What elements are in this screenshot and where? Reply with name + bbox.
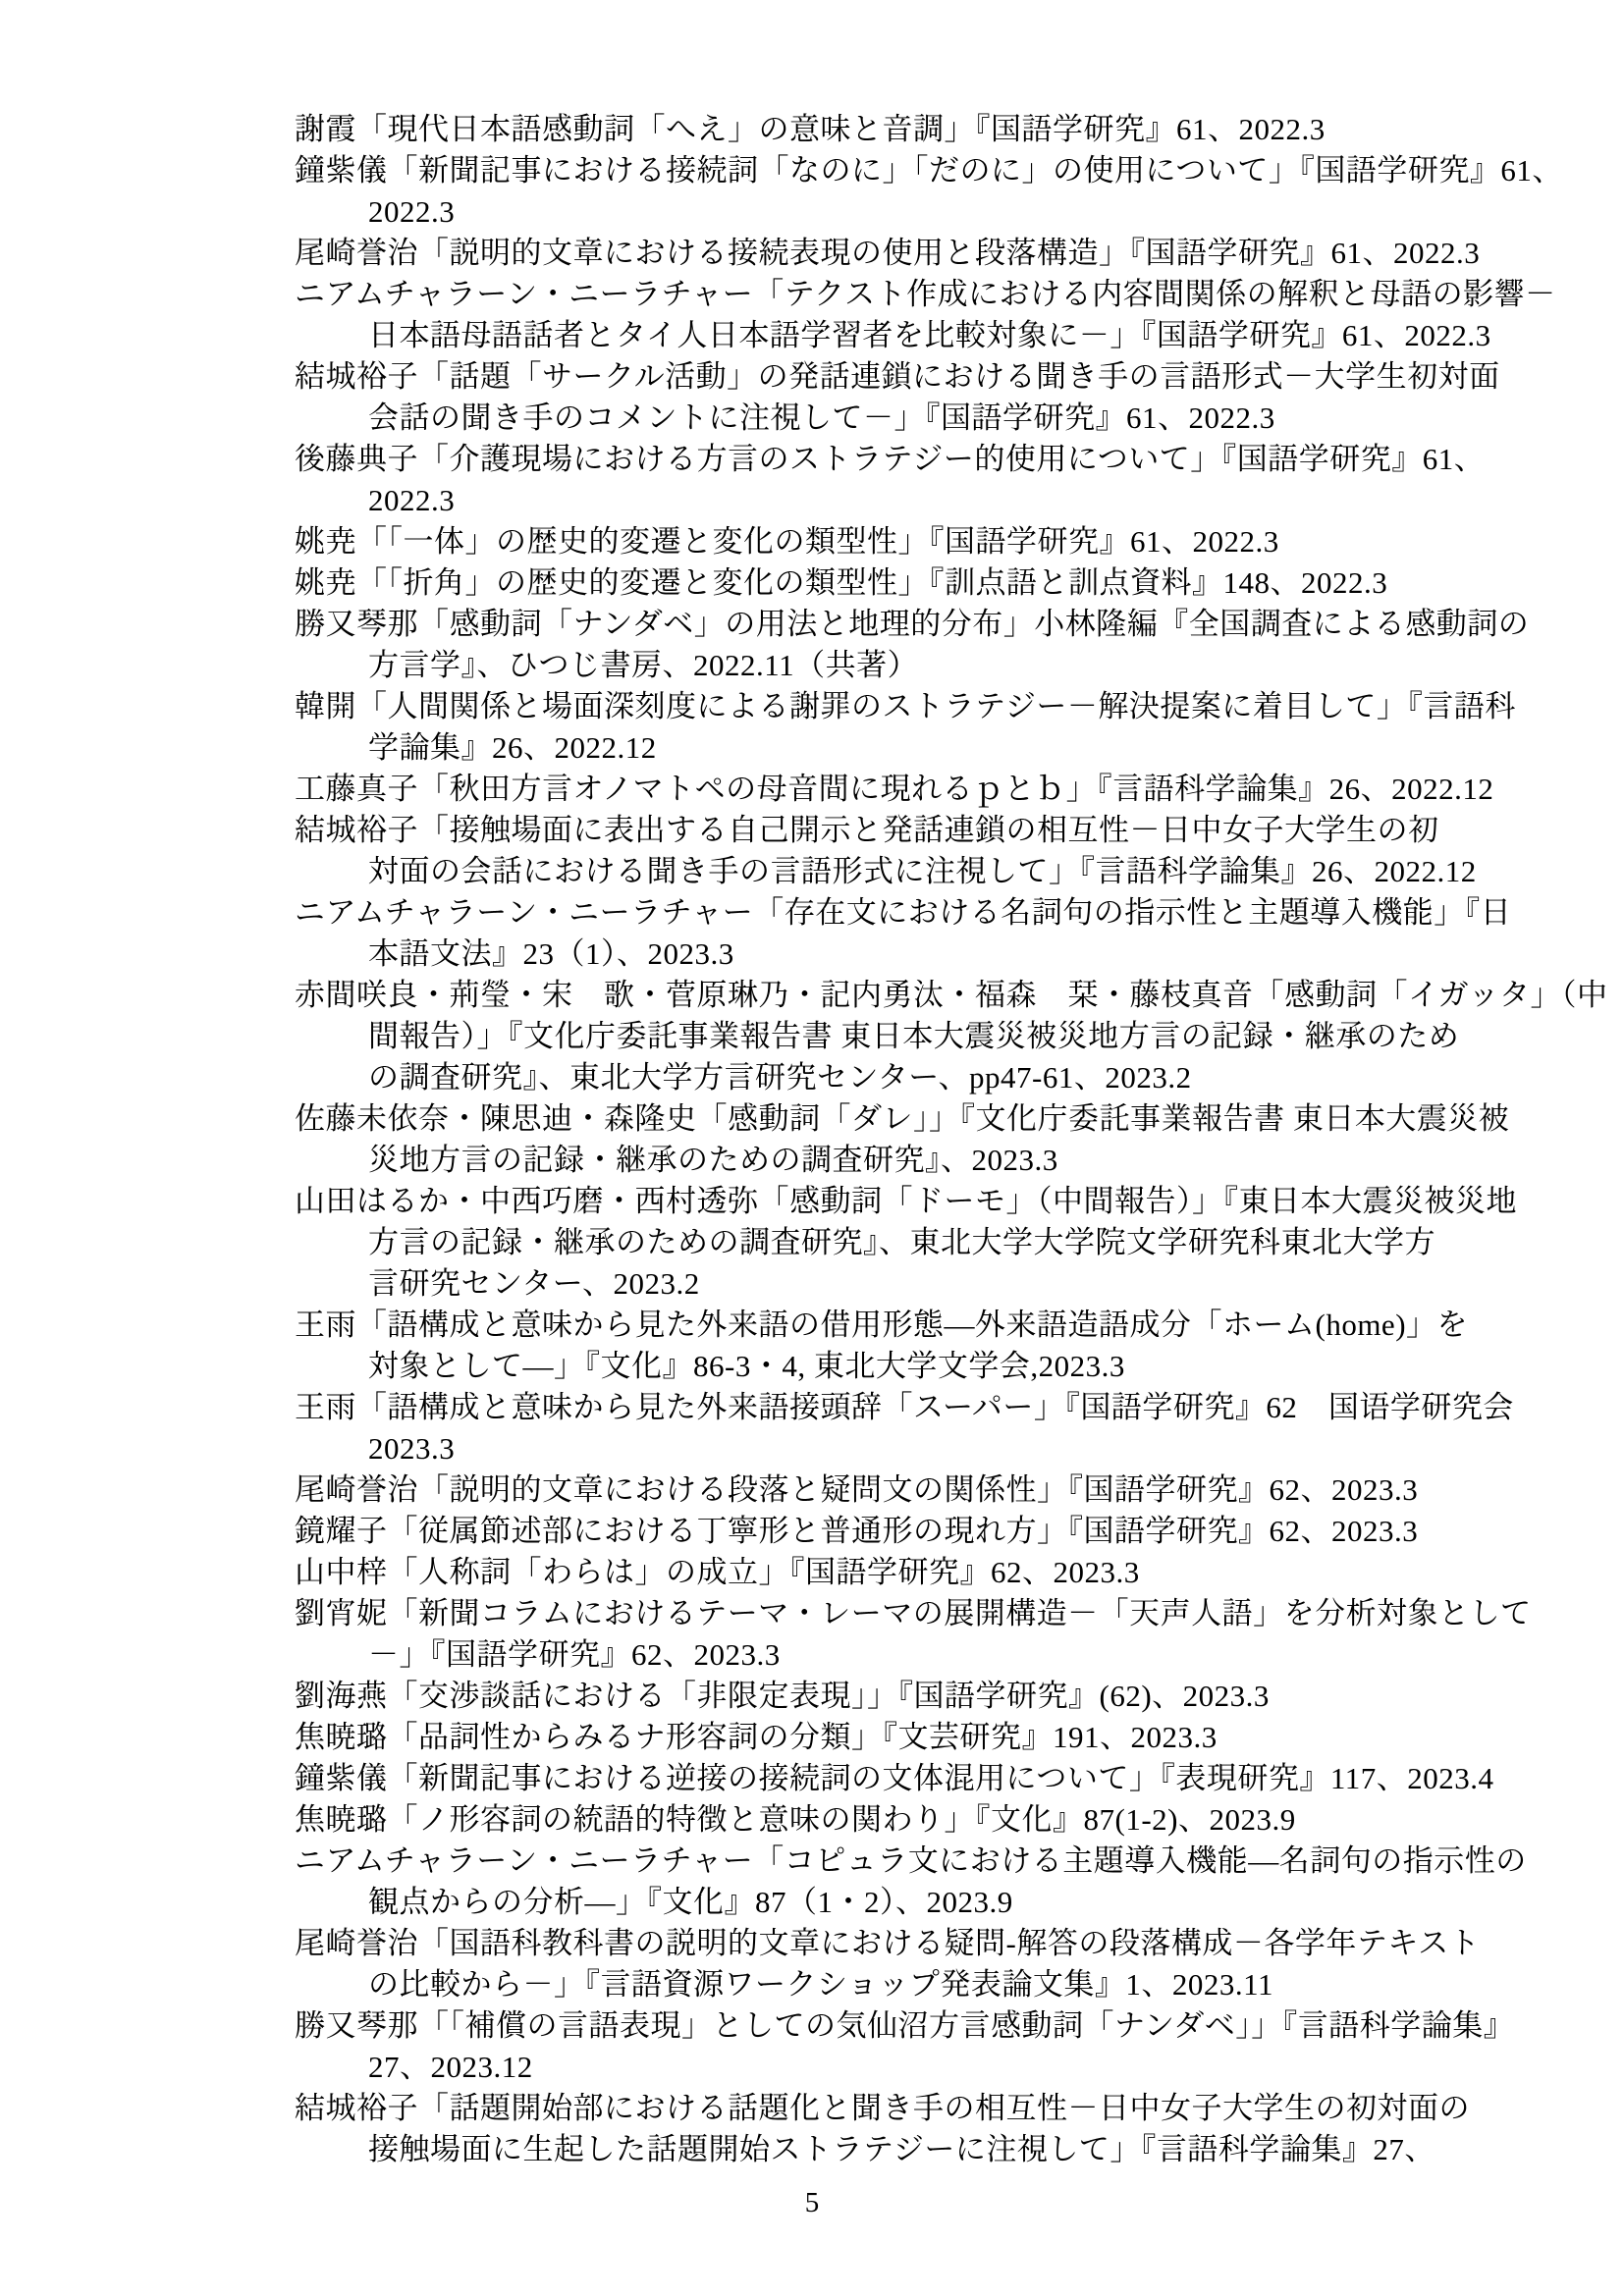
reference-line: 姚尭「「一体」の歴史的変遷と変化の類型性」『国語学研究』61、2022.3 <box>295 521 1453 562</box>
reference-entry: ニアムチャラーン・ニーラチャー「存在文における名詞句の指示性と主題導入機能」『日… <box>295 892 1453 975</box>
reference-line: 後藤典子「介護現場における方言のストラテジー的使用について」『国語学研究』61、 <box>295 439 1453 480</box>
reference-entry: 謝霞「現代日本語感動詞「へえ」の意味と音調」『国語学研究』61、2022.3 <box>295 109 1453 150</box>
reference-line: 焦暁璐「品詞性からみるナ形容詞の分類」『文芸研究』191、2023.3 <box>295 1717 1453 1758</box>
reference-line: 王雨「語構成と意味から見た外来語の借用形態―外来語造語成分「ホーム(home)」… <box>295 1305 1453 1346</box>
reference-line-continuation: 2022.3 <box>368 480 1453 521</box>
reference-entry: 勝又琴那「「補償の言語表現」としての気仙沼方言感動詞「ナンダベ」」『言語科学論集… <box>295 2005 1453 2088</box>
reference-line: 山田はるか・中西巧磨・西村透弥「感動詞「ドーモ」（中間報告）」『東日本大震災被災… <box>295 1181 1453 1222</box>
reference-line-continuation: 本語文法』23（1）、2023.3 <box>368 934 1453 975</box>
reference-line-continuation: 方言学』、ひつじ書房、2022.11（共著） <box>368 645 1453 686</box>
reference-line: 尾崎誉治「国語科教科書の説明的文章における疑問-解答の段落構成－各学年テキスト <box>295 1923 1453 1964</box>
reference-entry: 鐘紫儀「新聞記事における逆接の接続詞の文体混用について」『表現研究』117、20… <box>295 1758 1453 1799</box>
reference-line-continuation: 間報告）」『文化庁委託事業報告書 東日本大震災被災地方言の記録・継承のため <box>368 1016 1453 1057</box>
reference-entry: 尾崎誉治「説明的文章における接続表現の使用と段落構造」『国語学研究』61、202… <box>295 233 1453 274</box>
reference-entry: 焦暁璐「品詞性からみるナ形容詞の分類」『文芸研究』191、2023.3 <box>295 1717 1453 1758</box>
reference-entry: 尾崎誉治「説明的文章における段落と疑問文の関係性」『国語学研究』62、2023.… <box>295 1469 1453 1511</box>
reference-line-continuation: 対象として―」『文化』86-3・4, 東北大学文学会,2023.3 <box>368 1346 1453 1387</box>
reference-line: ニアムチャラーン・ニーラチャー「存在文における名詞句の指示性と主題導入機能」『日 <box>295 892 1453 934</box>
reference-line-continuation: 学論集』26、2022.12 <box>368 727 1453 769</box>
reference-entry: 焦暁璐「ノ形容詞の統語的特徴と意味の関わり」『文化』87(1-2)、2023.9 <box>295 1799 1453 1841</box>
reference-line: 劉海燕「交渉談話における「非限定表現」」『国語学研究』(62)、2023.3 <box>295 1676 1453 1717</box>
reference-line-continuation: 2022.3 <box>368 191 1453 233</box>
reference-line: 工藤真子「秋田方言オノマトペの母音間に現れるｐとｂ」『言語科学論集』26、202… <box>295 769 1453 810</box>
reference-entry: 後藤典子「介護現場における方言のストラテジー的使用について」『国語学研究』61、… <box>295 439 1453 521</box>
reference-line: 鏡耀子「従属節述部における丁寧形と普通形の現れ方」『国語学研究』62、2023.… <box>295 1511 1453 1552</box>
reference-entry: 劉海燕「交渉談話における「非限定表現」」『国語学研究』(62)、2023.3 <box>295 1676 1453 1717</box>
reference-line-continuation: 日本語母語話者とタイ人日本語学習者を比較対象に－」『国語学研究』61、2022.… <box>368 315 1453 356</box>
reference-line: 劉宵妮「新聞コラムにおけるテーマ・レーマの展開構造－「天声人語」を分析対象として <box>295 1593 1453 1634</box>
reference-line-continuation: 方言の記録・継承のための調査研究』、東北大学大学院文学研究科東北大学方 <box>368 1222 1453 1263</box>
reference-line-continuation: 会話の聞き手のコメントに注視して－」『国語学研究』61、2022.3 <box>368 398 1453 439</box>
reference-entry: 王雨「語構成と意味から見た外来語の借用形態―外来語造語成分「ホーム(home)」… <box>295 1305 1453 1387</box>
reference-line-continuation: 災地方言の記録・継承のための調査研究』、2023.3 <box>368 1140 1453 1181</box>
reference-entry: 劉宵妮「新聞コラムにおけるテーマ・レーマの展開構造－「天声人語」を分析対象として… <box>295 1593 1453 1676</box>
reference-line: 尾崎誉治「説明的文章における接続表現の使用と段落構造」『国語学研究』61、202… <box>295 233 1453 274</box>
reference-line-continuation: 接触場面に生起した話題開始ストラテジーに注視して」『言語科学論集』27、 <box>368 2129 1453 2170</box>
reference-entry: 山田はるか・中西巧磨・西村透弥「感動詞「ドーモ」（中間報告）」『東日本大震災被災… <box>295 1181 1453 1305</box>
reference-line: 鐘紫儀「新聞記事における逆接の接続詞の文体混用について」『表現研究』117、20… <box>295 1758 1453 1799</box>
reference-line: 結城裕子「接触場面に表出する自己開示と発話連鎖の相互性－日中女子大学生の初 <box>295 810 1453 851</box>
reference-entry: 佐藤未依奈・陳思迪・森隆史「感動詞「ダレ」」『文化庁委託事業報告書 東日本大震災… <box>295 1098 1453 1181</box>
reference-line: 謝霞「現代日本語感動詞「へえ」の意味と音調」『国語学研究』61、2022.3 <box>295 109 1453 150</box>
reference-line: 勝又琴那「「補償の言語表現」としての気仙沼方言感動詞「ナンダベ」」『言語科学論集… <box>295 2005 1453 2047</box>
reference-entry: ニアムチャラーン・ニーラチャー「コピュラ文における主題導入機能―名詞句の指示性の… <box>295 1841 1453 1923</box>
reference-entry: 鏡耀子「従属節述部における丁寧形と普通形の現れ方」『国語学研究』62、2023.… <box>295 1511 1453 1552</box>
reference-entry: 鐘紫儀「新聞記事における接続詞「なのに」「だのに」の使用について」『国語学研究』… <box>295 150 1453 233</box>
reference-entry: 尾崎誉治「国語科教科書の説明的文章における疑問-解答の段落構成－各学年テキストの… <box>295 1923 1453 2005</box>
reference-line: 佐藤未依奈・陳思迪・森隆史「感動詞「ダレ」」『文化庁委託事業報告書 東日本大震災… <box>295 1098 1453 1140</box>
reference-line: ニアムチャラーン・ニーラチャー「コピュラ文における主題導入機能―名詞句の指示性の <box>295 1841 1453 1882</box>
reference-entry: 山中梓「人称詞「わらは」の成立」『国語学研究』62、2023.3 <box>295 1552 1453 1593</box>
reference-entry: 韓開「人間関係と場面深刻度による謝罪のストラテジー－解決提案に着目して」『言語科… <box>295 686 1453 769</box>
reference-line: 結城裕子「話題開始部における話題化と聞き手の相互性－日中女子大学生の初対面の <box>295 2088 1453 2129</box>
reference-entry: 結城裕子「話題開始部における話題化と聞き手の相互性－日中女子大学生の初対面の接触… <box>295 2088 1453 2170</box>
reference-line-continuation: の比較から－」『言語資源ワークショップ発表論文集』1、2023.11 <box>368 1964 1453 2005</box>
reference-line-continuation: －」『国語学研究』62、2023.3 <box>368 1634 1453 1676</box>
reference-line-continuation: 27、2023.12 <box>368 2047 1453 2088</box>
reference-entry: 王雨「語構成と意味から見た外来語接頭辞「スーパー」『国語学研究』62 国语学研究… <box>295 1387 1453 1469</box>
reference-entry: 結城裕子「接触場面に表出する自己開示と発話連鎖の相互性－日中女子大学生の初対面の… <box>295 810 1453 892</box>
document-page: 謝霞「現代日本語感動詞「へえ」の意味と音調」『国語学研究』61、2022.3鐘紫… <box>0 0 1624 2296</box>
reference-entry: 姚尭「「一体」の歴史的変遷と変化の類型性」『国語学研究』61、2022.3 <box>295 521 1453 562</box>
bibliography-list: 謝霞「現代日本語感動詞「へえ」の意味と音調」『国語学研究』61、2022.3鐘紫… <box>295 109 1453 2170</box>
reference-line: 結城裕子「話題「サークル活動」の発話連鎖における聞き手の言語形式－大学生初対面 <box>295 356 1453 398</box>
reference-line: 勝又琴那「感動詞「ナンダベ」の用法と地理的分布」小林隆編『全国調査による感動詞の <box>295 604 1453 645</box>
reference-line: 鐘紫儀「新聞記事における接続詞「なのに」「だのに」の使用について」『国語学研究』… <box>295 150 1453 191</box>
reference-line-continuation: 対面の会話における聞き手の言語形式に注視して」『言語科学論集』26、2022.1… <box>368 851 1453 892</box>
reference-line-continuation: 観点からの分析―」『文化』87（1・2）、2023.9 <box>368 1882 1453 1923</box>
reference-line: 姚尭「「折角」の歴史的変遷と変化の類型性」『訓点語と訓点資料』148、2022.… <box>295 562 1453 604</box>
reference-line-continuation: 2023.3 <box>368 1428 1453 1469</box>
reference-entry: ニアムチャラーン・ニーラチャー「テクスト作成における内容間関係の解釈と母語の影響… <box>295 274 1453 356</box>
reference-line: 韓開「人間関係と場面深刻度による謝罪のストラテジー－解決提案に着目して」『言語科 <box>295 686 1453 727</box>
reference-line: 山中梓「人称詞「わらは」の成立」『国語学研究』62、2023.3 <box>295 1552 1453 1593</box>
reference-line: 焦暁璐「ノ形容詞の統語的特徴と意味の関わり」『文化』87(1-2)、2023.9 <box>295 1799 1453 1841</box>
page-number: 5 <box>0 2185 1624 2220</box>
reference-entry: 姚尭「「折角」の歴史的変遷と変化の類型性」『訓点語と訓点資料』148、2022.… <box>295 562 1453 604</box>
reference-line: 赤間咲良・荊瑩・宋 歌・菅原琳乃・記内勇汰・福森 栞・藤枝真音「感動詞「イガッタ… <box>295 975 1453 1016</box>
reference-entry: 工藤真子「秋田方言オノマトペの母音間に現れるｐとｂ」『言語科学論集』26、202… <box>295 769 1453 810</box>
reference-line-continuation: 言研究センター、2023.2 <box>368 1263 1453 1305</box>
reference-entry: 勝又琴那「感動詞「ナンダベ」の用法と地理的分布」小林隆編『全国調査による感動詞の… <box>295 604 1453 686</box>
reference-line: ニアムチャラーン・ニーラチャー「テクスト作成における内容間関係の解釈と母語の影響… <box>295 274 1453 315</box>
reference-line-continuation: の調査研究』、東北大学方言研究センター、pp47-61、2023.2 <box>368 1057 1453 1098</box>
reference-line: 尾崎誉治「説明的文章における段落と疑問文の関係性」『国語学研究』62、2023.… <box>295 1469 1453 1511</box>
reference-entry: 赤間咲良・荊瑩・宋 歌・菅原琳乃・記内勇汰・福森 栞・藤枝真音「感動詞「イガッタ… <box>295 975 1453 1098</box>
reference-entry: 結城裕子「話題「サークル活動」の発話連鎖における聞き手の言語形式－大学生初対面会… <box>295 356 1453 439</box>
reference-line: 王雨「語構成と意味から見た外来語接頭辞「スーパー」『国語学研究』62 国语学研究… <box>295 1387 1453 1428</box>
